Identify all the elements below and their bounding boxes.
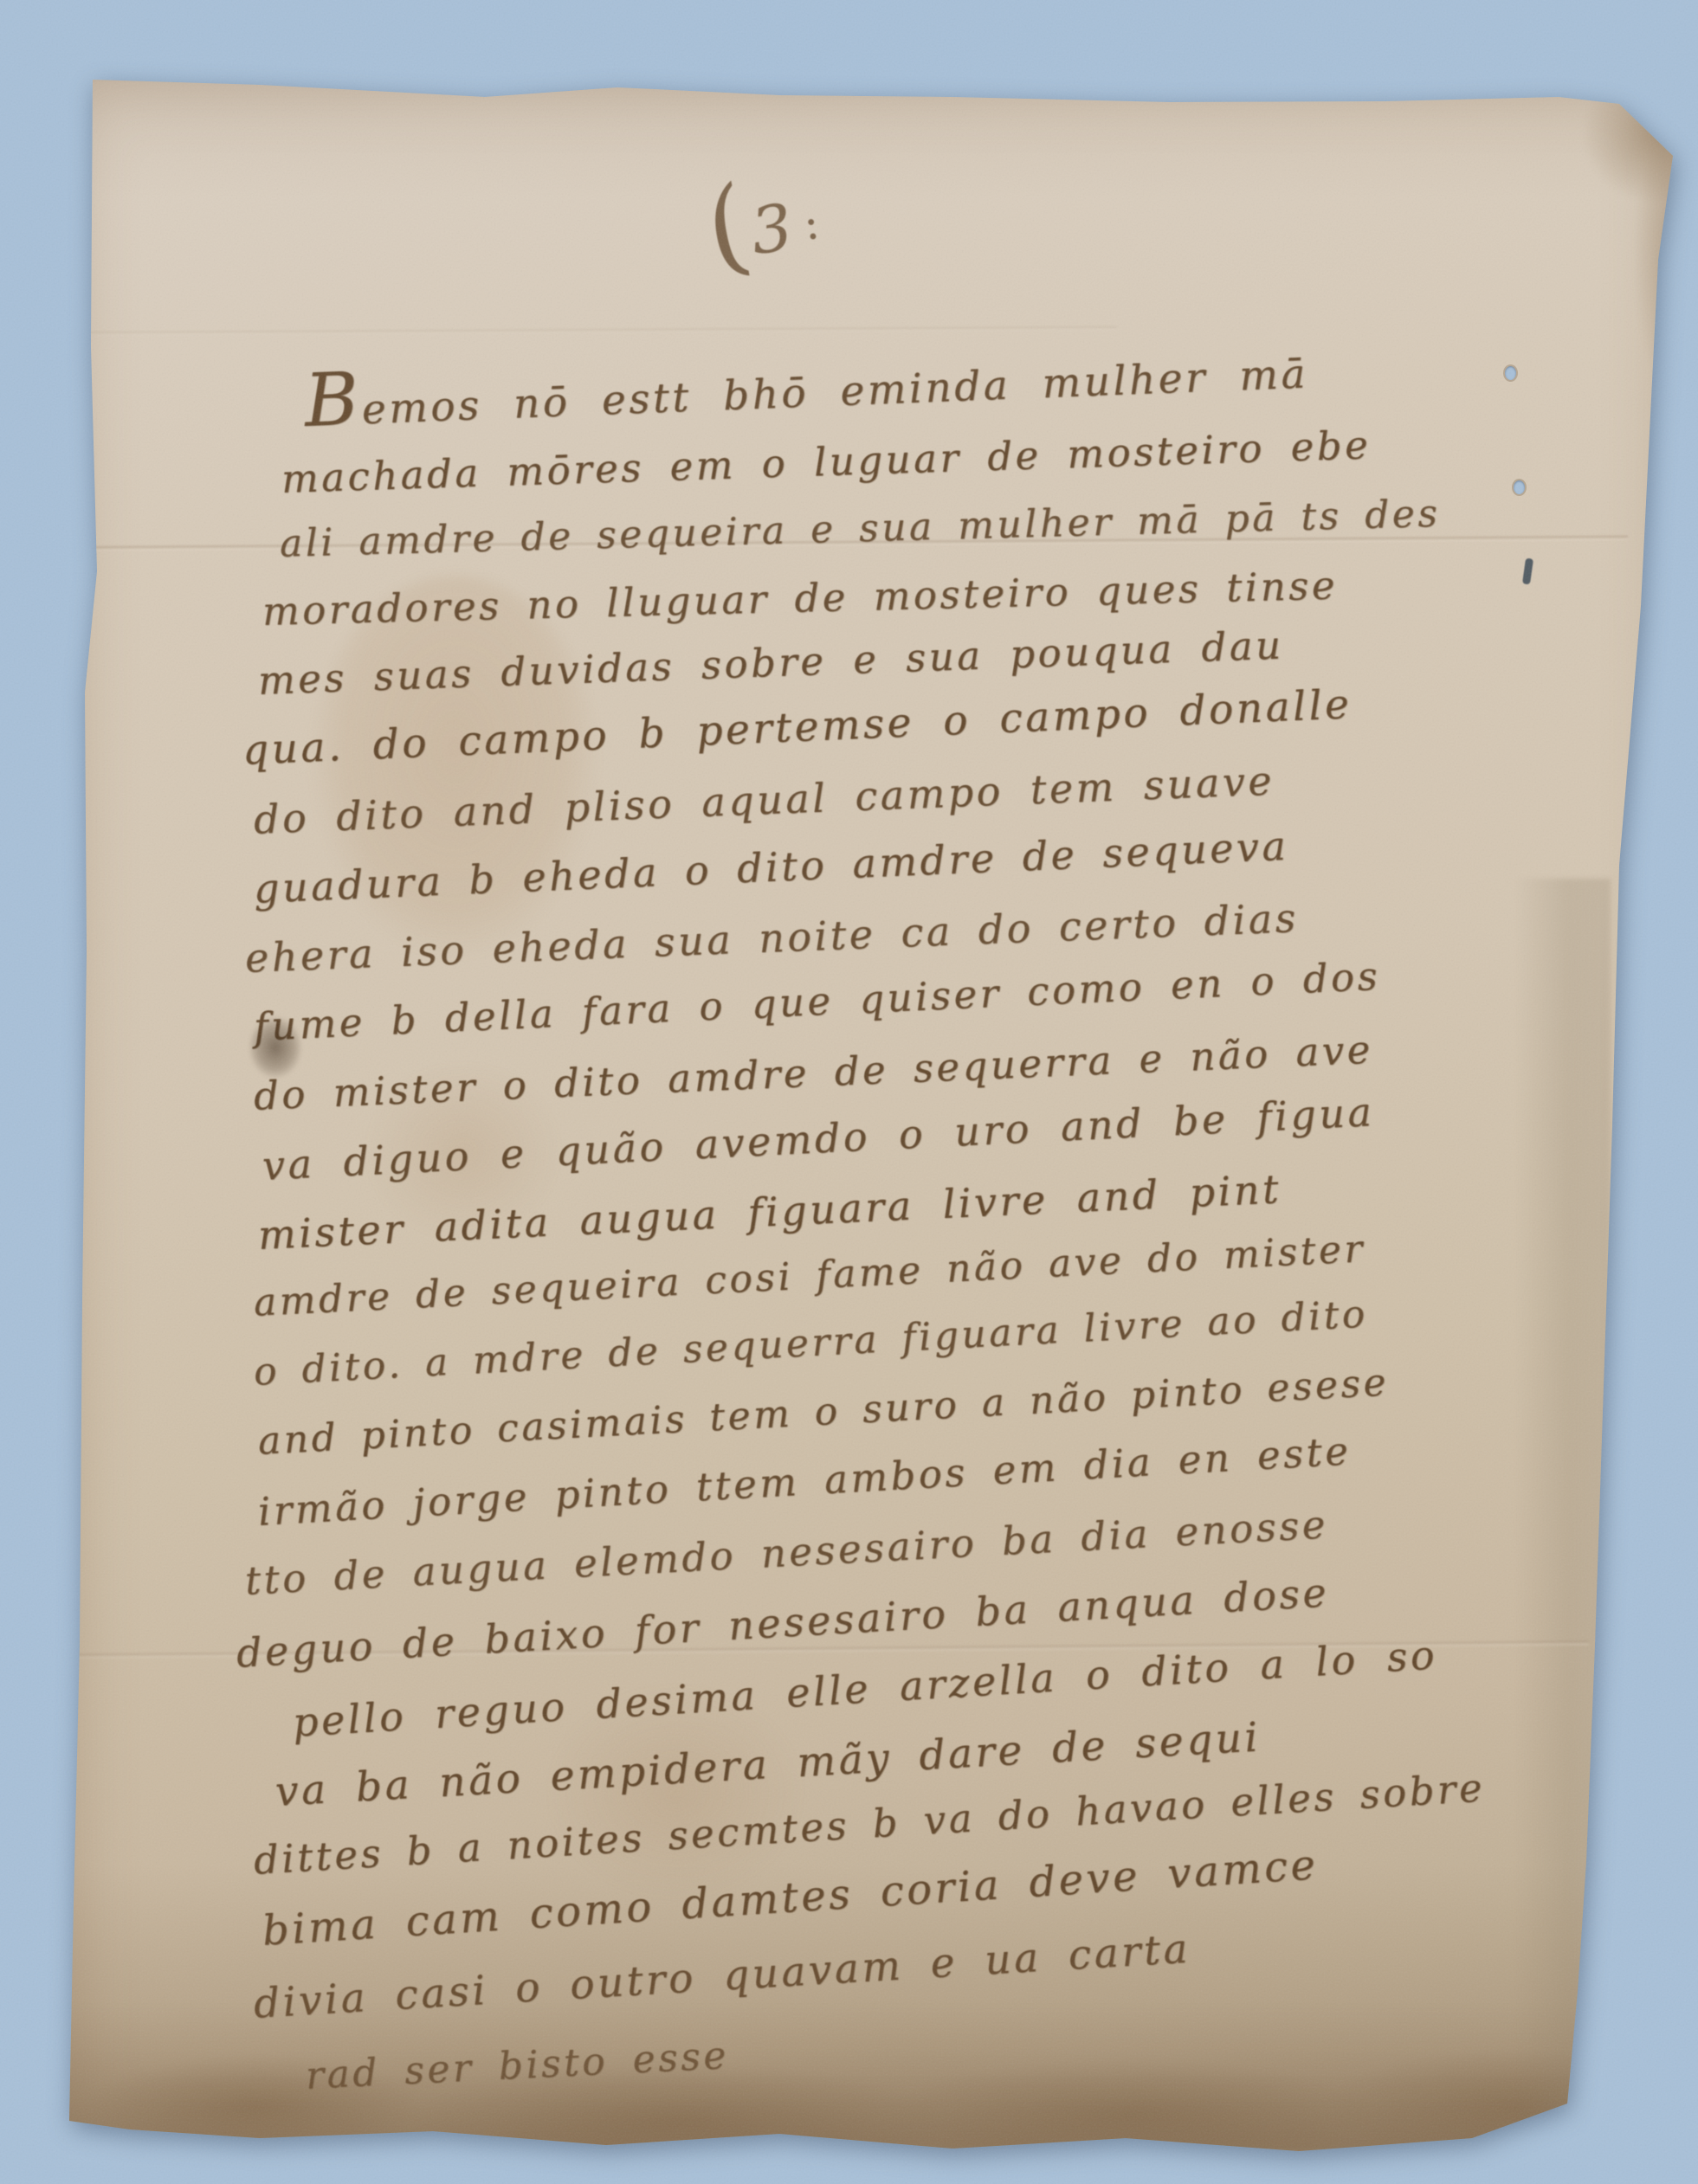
folio-mark-digit: 3 bbox=[746, 190, 797, 270]
folio-mark-colon: : bbox=[800, 197, 823, 251]
manuscript-line: ali amdre de sequeira e sua mulher mā pā… bbox=[279, 492, 1441, 566]
manuscript-line: dittes b a noites secmtes b va do havao … bbox=[252, 1765, 1486, 1884]
manuscript-line: tto de augua elemdo nesesairo ba dia eno… bbox=[244, 1501, 1329, 1603]
manuscript-line: rad ser bisto esse bbox=[305, 2033, 730, 2098]
paper-hole bbox=[1514, 480, 1525, 494]
fold-crease-faint bbox=[78, 326, 1117, 335]
manuscript-line: bima cam como damtes coria deve vamce bbox=[261, 1840, 1320, 1955]
manuscript-line: mes suas duvidas sobre e sua pouqua dau bbox=[257, 622, 1284, 704]
manuscript-line: va diguo e quão avemdo o uro and be figu… bbox=[261, 1088, 1376, 1189]
torn-corner-damage bbox=[1498, 74, 1688, 403]
manuscript-line: guadura b eheda o dito amdre de sequeva bbox=[253, 822, 1289, 912]
water-stain bbox=[312, 576, 597, 957]
manuscript-line: moradores no lluguar de mosteiro ques ti… bbox=[261, 563, 1338, 635]
manuscript-line: ehera iso eheda sua noite ca do certo di… bbox=[244, 894, 1300, 982]
water-stain bbox=[364, 1060, 563, 1242]
fold-crease-upper bbox=[69, 536, 1628, 551]
bottom-edge-stain bbox=[61, 2004, 1680, 2151]
manuscript-line: and pinto casimais tem o suro a não pint… bbox=[257, 1361, 1391, 1464]
manuscript-line: do mister o dito amdre de sequerra e não… bbox=[253, 1027, 1374, 1119]
manuscript-line: Bemos nō estt bhō eminda mulher mā bbox=[304, 337, 1309, 436]
manuscript-line: divia casi o outro quavam e ua carta bbox=[252, 1925, 1191, 2028]
torn-right-edge bbox=[1515, 879, 1611, 2116]
manuscript-line: deguo de baixo for nesesairo ba anqua do… bbox=[235, 1569, 1330, 1676]
manuscript-line: irmão jorge pinto ttem ambos em dia en e… bbox=[257, 1427, 1353, 1534]
ink-dash-mark bbox=[1522, 558, 1533, 585]
paper-hole bbox=[1505, 366, 1516, 380]
manuscript-line: fume b della fara o que quiser como en o… bbox=[253, 953, 1381, 1050]
photo-background: (3: Bemos nō estt bhō eminda mulher māma… bbox=[0, 0, 1698, 2184]
fold-crease-lower bbox=[74, 1640, 1589, 1658]
manuscript-line: machada mōres em o luguar de mosteiro eb… bbox=[281, 422, 1372, 502]
manuscript-line: qua. do campo b pertemse o campo donalle bbox=[242, 680, 1353, 775]
ink-blot bbox=[249, 1017, 301, 1078]
manuscript-line: o dito. a mdre de sequerra figuara livre… bbox=[253, 1292, 1369, 1395]
folio-mark-paren: ( bbox=[686, 166, 768, 293]
manuscript-line: mister adita augua figuara livre and pin… bbox=[257, 1165, 1282, 1259]
handwritten-text-block: Bemos nō estt bhō eminda mulher māmachad… bbox=[61, 74, 1680, 2155]
paper-sheet: (3: Bemos nō estt bhō eminda mulher māma… bbox=[61, 74, 1680, 2155]
folio-number-mark: (3: bbox=[696, 135, 941, 320]
manuscript-line: va ba não empidera mãy dare de sequi bbox=[274, 1713, 1262, 1816]
manuscript-line: pello reguo desima elle arzella o dito a… bbox=[291, 1632, 1438, 1746]
water-stain bbox=[546, 1684, 805, 1900]
manuscript-line: do dito and pliso aqual campo tem suave bbox=[253, 757, 1275, 843]
manuscript-line: amdre de sequeira cosi fame não ave do m… bbox=[253, 1227, 1366, 1325]
manuscript-page: (3: Bemos nō estt bhō eminda mulher māma… bbox=[61, 74, 1680, 2155]
